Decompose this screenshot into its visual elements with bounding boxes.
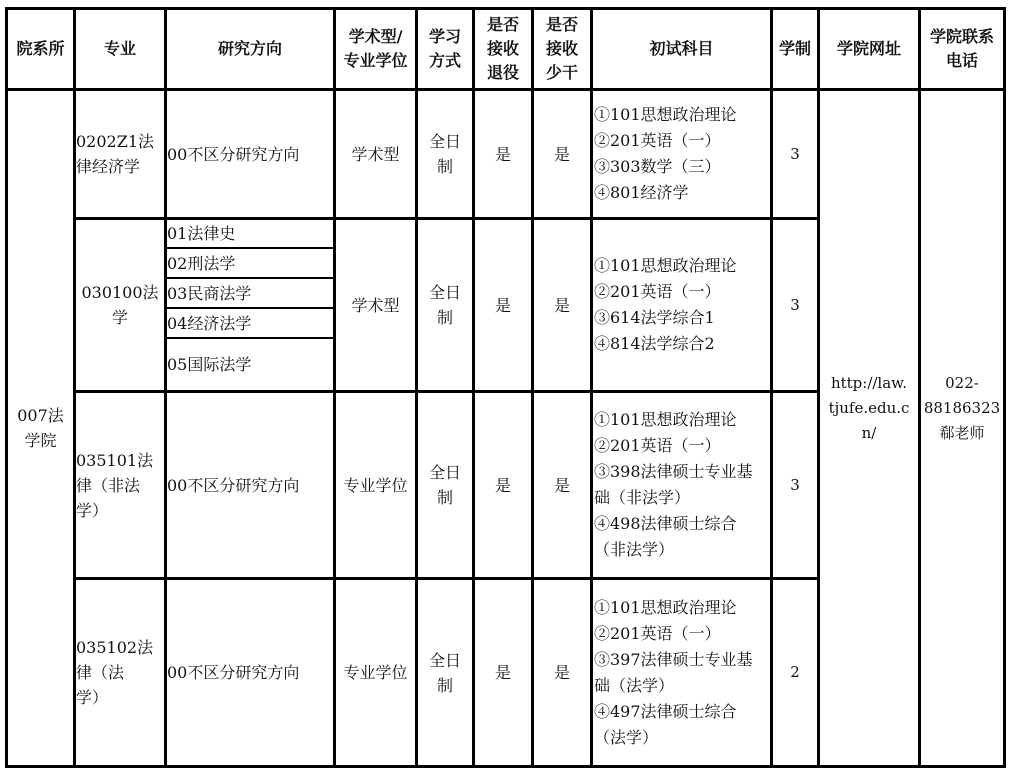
subjects-cell: ①101思想政治理论 ②201英语（一） ③303数学（三） ④801经济学 [594, 91, 770, 217]
header-direction-label: 研究方向 [218, 37, 282, 61]
subject-item: ④814法学综合2 [594, 331, 737, 357]
direction-item: 00不区分研究方向 [167, 660, 299, 685]
direction-cell: 00不区分研究方向 [167, 580, 333, 765]
years-value: 3 [790, 142, 800, 167]
major-line1: 035102法 [76, 635, 153, 660]
direction-item-cell: 01法律史 [167, 220, 333, 247]
veteran-cell: 是 [475, 580, 531, 765]
header-phone-line1: 学院联系 [930, 25, 994, 49]
major-cell: 035102法 律（法 学） [76, 580, 164, 765]
minority-cell: 是 [534, 220, 590, 390]
major-line3: 学） [76, 685, 153, 710]
subject-item: ④498法律硕士综合 [594, 511, 753, 537]
direction-cell: 00不区分研究方向 [167, 91, 333, 217]
subject-item: ②201英语（一） [594, 433, 753, 459]
mode-line2: 制 [429, 673, 461, 698]
direction-item: 04经济法学 [167, 311, 251, 336]
phone-line1: 022- [924, 371, 1000, 396]
major-line2: 律（法 [76, 660, 153, 685]
subject-item: ②201英语（一） [594, 279, 737, 305]
subject-item: 础（非法学） [594, 485, 753, 511]
table-border-right [1003, 7, 1006, 768]
direction-item-cell: 03民商法学 [167, 279, 333, 307]
mode-cell: 全日 制 [418, 91, 472, 217]
veteran-value: 是 [495, 660, 511, 685]
header-phone-line2: 电话 [930, 49, 994, 73]
department-cell: 007法 学院 [8, 91, 73, 765]
direction-item: 00不区分研究方向 [167, 473, 299, 498]
header-phone: 学院联系 电话 [921, 10, 1003, 88]
mode-line2: 制 [429, 485, 461, 510]
minority-value: 是 [554, 473, 570, 498]
major-line1: 030100法 [81, 280, 158, 305]
years-cell: 3 [773, 91, 817, 217]
header-veteran: 是否 接收 退役 [475, 10, 531, 88]
mode-line1: 全日 [429, 280, 461, 305]
major-cell: 0202Z1法 律经济学 [76, 91, 164, 217]
veteran-value: 是 [495, 142, 511, 167]
direction-item-cell: 05国际法学 [167, 339, 333, 390]
type-value: 专业学位 [343, 473, 407, 498]
website-line1: http://law. [829, 371, 910, 396]
major-cell: 030100法 学 [76, 220, 164, 390]
mode-cell: 全日 制 [418, 393, 472, 577]
website-cell: http://law. tjufe.edu.c n/ [820, 91, 918, 765]
type-cell: 学术型 [336, 220, 415, 390]
subjects-cell: ①101思想政治理论 ②201英语（一） ③614法学综合1 ④814法学综合2 [594, 220, 770, 390]
header-major-label: 专业 [104, 37, 136, 61]
header-years-label: 学制 [779, 37, 811, 61]
subject-item: ③614法学综合1 [594, 305, 737, 331]
subject-item: ②201英语（一） [594, 621, 753, 647]
header-dept: 院系所 [8, 10, 73, 88]
direction-item: 00不区分研究方向 [167, 142, 299, 167]
subject-item: ③397法律硕士专业基 [594, 647, 753, 673]
direction-cell: 00不区分研究方向 [167, 393, 333, 577]
major-cell: 035101法 律（非法 学） [76, 393, 164, 577]
years-value: 3 [790, 473, 800, 498]
phone-cell: 022- 88186323 郗老师 [921, 91, 1003, 765]
header-veteran-line3: 退役 [487, 61, 519, 85]
subject-item: 础（法学） [594, 673, 753, 699]
header-type-line1: 学术型/ [343, 25, 407, 49]
header-mode: 学习 方式 [418, 10, 472, 88]
minority-cell: 是 [534, 580, 590, 765]
header-veteran-line1: 是否 [487, 13, 519, 37]
subject-item: ①101思想政治理论 [594, 407, 753, 433]
phone-contact: 郗老师 [924, 421, 1000, 446]
type-value: 专业学位 [343, 660, 407, 685]
major-line2: 律经济学 [76, 154, 154, 179]
header-minority-line1: 是否 [546, 13, 578, 37]
veteran-value: 是 [495, 473, 511, 498]
subject-item: （法学） [594, 725, 753, 751]
major-line3: 学） [76, 498, 153, 523]
years-cell: 3 [773, 220, 817, 390]
type-value: 学术型 [351, 293, 399, 318]
mode-line1: 全日 [429, 648, 461, 673]
direction-item: 05国际法学 [167, 352, 251, 377]
website-line3: n/ [829, 421, 910, 446]
header-subjects-label: 初试科目 [649, 37, 713, 61]
header-website-label: 学院网址 [837, 37, 901, 61]
header-direction: 研究方向 [167, 10, 333, 88]
header-website: 学院网址 [820, 10, 918, 88]
mode-line1: 全日 [429, 129, 461, 154]
header-minority-line2: 接收 [546, 37, 578, 61]
header-years: 学制 [773, 10, 817, 88]
subject-item: ②201英语（一） [594, 128, 737, 154]
header-minority: 是否 接收 少干 [534, 10, 590, 88]
type-cell: 专业学位 [336, 580, 415, 765]
direction-item: 01法律史 [167, 221, 235, 246]
header-type-line2: 专业学位 [343, 49, 407, 73]
subject-item: ①101思想政治理论 [594, 595, 753, 621]
major-line1: 0202Z1法 [76, 129, 154, 154]
years-value: 2 [790, 660, 800, 685]
subject-item: ③398法律硕士专业基 [594, 459, 753, 485]
subject-item: （非法学） [594, 537, 753, 563]
phone-line2: 88186323 [924, 396, 1000, 421]
major-line1: 035101法 [76, 448, 153, 473]
website-link[interactable]: http://law. tjufe.edu.c n/ [829, 371, 910, 446]
minority-cell: 是 [534, 91, 590, 217]
type-cell: 专业学位 [336, 393, 415, 577]
department-line2: 学院 [17, 428, 64, 453]
direction-item-cell: 04经济法学 [167, 309, 333, 337]
header-mode-line1: 学习 [429, 25, 461, 49]
table-border-bottom [5, 765, 1006, 768]
header-mode-line2: 方式 [429, 49, 461, 73]
direction-item: 02刑法学 [167, 251, 235, 276]
website-line2: tjufe.edu.c [829, 396, 910, 421]
subjects-cell: ①101思想政治理论 ②201英语（一） ③398法律硕士专业基 础（非法学） … [594, 393, 770, 577]
header-major: 专业 [76, 10, 164, 88]
minority-value: 是 [554, 142, 570, 167]
minority-value: 是 [554, 293, 570, 318]
header-veteran-line2: 接收 [487, 37, 519, 61]
years-value: 3 [790, 293, 800, 318]
veteran-value: 是 [495, 293, 511, 318]
header-subjects: 初试科目 [593, 10, 770, 88]
mode-line2: 制 [429, 154, 461, 179]
department-line1: 007法 [17, 403, 64, 428]
col-line-7 [590, 7, 593, 768]
header-dept-label: 院系所 [16, 37, 64, 61]
type-value: 学术型 [351, 142, 399, 167]
mode-line1: 全日 [429, 460, 461, 485]
minority-cell: 是 [534, 393, 590, 577]
mode-cell: 全日 制 [418, 580, 472, 765]
subject-item: ①101思想政治理论 [594, 253, 737, 279]
major-line2: 学 [81, 305, 158, 330]
veteran-cell: 是 [475, 220, 531, 390]
subject-item: ③303数学（三） [594, 154, 737, 180]
subject-item: ④497法律硕士综合 [594, 699, 753, 725]
mode-cell: 全日 制 [418, 220, 472, 390]
minority-value: 是 [554, 660, 570, 685]
header-type: 学术型/ 专业学位 [336, 10, 415, 88]
veteran-cell: 是 [475, 393, 531, 577]
subjects-cell: ①101思想政治理论 ②201英语（一） ③397法律硕士专业基 础（法学） ④… [594, 580, 770, 765]
veteran-cell: 是 [475, 91, 531, 217]
years-cell: 3 [773, 393, 817, 577]
direction-item: 03民商法学 [167, 281, 251, 306]
header-minority-line3: 少干 [546, 61, 578, 85]
years-cell: 2 [773, 580, 817, 765]
mode-line2: 制 [429, 305, 461, 330]
subject-item: ④801经济学 [594, 180, 737, 206]
major-line2: 律（非法 [76, 473, 153, 498]
subject-item: ①101思想政治理论 [594, 102, 737, 128]
type-cell: 学术型 [336, 91, 415, 217]
direction-item-cell: 02刑法学 [167, 249, 333, 277]
